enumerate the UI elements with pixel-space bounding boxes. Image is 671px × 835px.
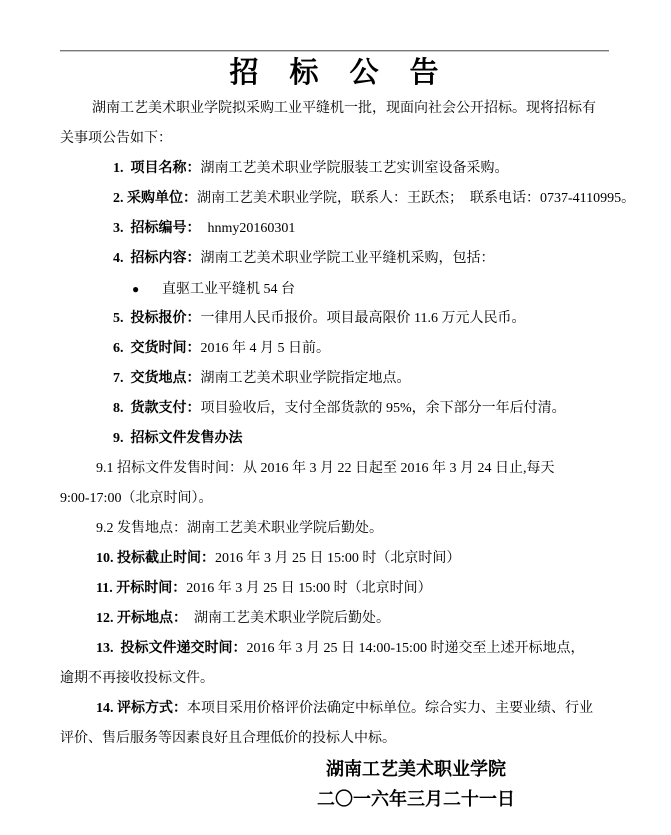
list-item-9-1-line-1: 9.1 招标文件发售时间：从 2016 年 3 月 22 日起至 2016 年 … xyxy=(60,454,609,484)
list-item-6: 6. 交货时间：2016 年 4 月 5 日前。 xyxy=(60,334,609,364)
list-item-4: 4. 招标内容：湖南工艺美术职业学院工业平缝机采购，包括： xyxy=(60,244,609,274)
page-title: 招 标 公 告 xyxy=(60,52,609,94)
intro-paragraph-line-2: 关事项公告如下： xyxy=(60,124,609,154)
list-item-2: 2. 采购单位：湖南工艺美术职业学院，联系人：王跃杰； 联系电话：0737-41… xyxy=(60,184,609,214)
item-text: 湖南工艺美术职业学院工业平缝机采购，包括： xyxy=(201,251,495,266)
item-text: 2016 年 3 月 25 日 15:00 时（北京时间） xyxy=(215,551,460,566)
item-text: 2016 年 3 月 25 日 15:00 时（北京时间） xyxy=(186,581,431,596)
item-label: 14. 评标方式： xyxy=(96,701,187,716)
item-text: 2016 年 3 月 25 日 14:00-15:00 时递交至上述开标地点， xyxy=(247,641,585,656)
signature-org: 湖南工艺美术职业学院 xyxy=(266,754,566,784)
item-text: hnmy20160301 xyxy=(201,221,296,236)
document-page: 招 标 公 告 湖南工艺美术职业学院拟采购工业平缝机一批，现面向社会公开招标。现… xyxy=(0,0,671,835)
item-text: 评价、售后服务等因素良好且合理低价的投标人中标。 xyxy=(60,731,396,746)
list-item-14-line-2: 评价、售后服务等因素良好且合理低价的投标人中标。 xyxy=(60,724,609,754)
item-text: 湖南工艺美术职业学院，联系人：王跃杰； 联系电话：0737-4110995。 xyxy=(197,191,635,206)
list-item-3: 3. 招标编号： hnmy20160301 xyxy=(60,214,609,244)
item-label: 3. 招标编号： xyxy=(113,221,201,236)
item-label: 7. 交货地点： xyxy=(113,371,201,386)
item-text: 9.2 发售地点：湖南工艺美术职业学院后勤处。 xyxy=(96,521,383,536)
item-label: 1. 项目名称： xyxy=(113,161,201,176)
item-text: 湖南工艺美术职业学院服装工艺实训室设备采购。 xyxy=(201,161,509,176)
item-text: 湖南工艺美术职业学院指定地点。 xyxy=(201,371,411,386)
item-label: 12. 开标地点： xyxy=(96,611,187,626)
bullet-text: 直驱工业平缝机 54 台 xyxy=(162,282,295,297)
item-label: 8. 货款支付： xyxy=(113,401,201,416)
item-text: 本项目采用价格评价法确定中标单位。综合实力、主要业绩、行业 xyxy=(187,701,593,716)
list-item-11: 11. 开标时间：2016 年 3 月 25 日 15:00 时（北京时间） xyxy=(60,574,609,604)
bullet-icon: ● xyxy=(132,274,162,304)
list-item-7: 7. 交货地点：湖南工艺美术职业学院指定地点。 xyxy=(60,364,609,394)
bullet-item: ●直驱工业平缝机 54 台 xyxy=(60,274,609,304)
list-item-9-2: 9.2 发售地点：湖南工艺美术职业学院后勤处。 xyxy=(60,514,609,544)
item-text: 9.1 招标文件发售时间：从 2016 年 3 月 22 日起至 2016 年 … xyxy=(96,461,555,476)
item-label: 5. 投标报价： xyxy=(113,311,201,326)
item-text: 9:00-17:00（北京时间）。 xyxy=(60,491,212,506)
signature-date: 二〇一六年三月二十一日 xyxy=(266,784,566,814)
item-text: 湖南工艺美术职业学院后勤处。 xyxy=(187,611,390,626)
list-item-10: 10. 投标截止时间：2016 年 3 月 25 日 15:00 时（北京时间） xyxy=(60,544,609,574)
item-label: 11. 开标时间： xyxy=(96,581,186,596)
list-item-14-line-1: 14. 评标方式：本项目采用价格评价法确定中标单位。综合实力、主要业绩、行业 xyxy=(60,694,609,724)
item-text: 项目验收后，支付全部货款的 95%，余下部分一年后付清。 xyxy=(201,401,566,416)
item-label: 2. 采购单位： xyxy=(113,191,197,206)
item-label: 9. 招标文件发售办法 xyxy=(113,431,243,446)
item-text: 2016 年 4 月 5 日前。 xyxy=(201,341,331,356)
list-item-13-line-1: 13. 投标文件递交时间：2016 年 3 月 25 日 14:00-15:00… xyxy=(60,634,609,664)
item-label: 10. 投标截止时间： xyxy=(96,551,215,566)
item-label: 13. 投标文件递交时间： xyxy=(96,641,247,656)
document-body: 湖南工艺美术职业学院拟采购工业平缝机一批，现面向社会公开招标。现将招标有 关事项… xyxy=(60,94,609,754)
item-label: 4. 招标内容： xyxy=(113,251,201,266)
item-text: 一律用人民币报价。项目最高限价 11.6 万元人民币。 xyxy=(201,311,526,326)
signature-block: 湖南工艺美术职业学院 二〇一六年三月二十一日 xyxy=(266,754,566,814)
list-item-9: 9. 招标文件发售办法 xyxy=(60,424,609,454)
item-label: 6. 交货时间： xyxy=(113,341,201,356)
intro-paragraph-line-1: 湖南工艺美术职业学院拟采购工业平缝机一批，现面向社会公开招标。现将招标有 xyxy=(60,94,609,124)
list-item-8: 8. 货款支付：项目验收后，支付全部货款的 95%，余下部分一年后付清。 xyxy=(60,394,609,424)
list-item-5: 5. 投标报价：一律用人民币报价。项目最高限价 11.6 万元人民币。 xyxy=(60,304,609,334)
item-text: 逾期不再接收投标文件。 xyxy=(60,671,214,686)
list-item-13-line-2: 逾期不再接收投标文件。 xyxy=(60,664,609,694)
list-item-1: 1. 项目名称：湖南工艺美术职业学院服装工艺实训室设备采购。 xyxy=(60,154,609,184)
list-item-12: 12. 开标地点： 湖南工艺美术职业学院后勤处。 xyxy=(60,604,609,634)
list-item-9-1-line-2: 9:00-17:00（北京时间）。 xyxy=(60,484,609,514)
